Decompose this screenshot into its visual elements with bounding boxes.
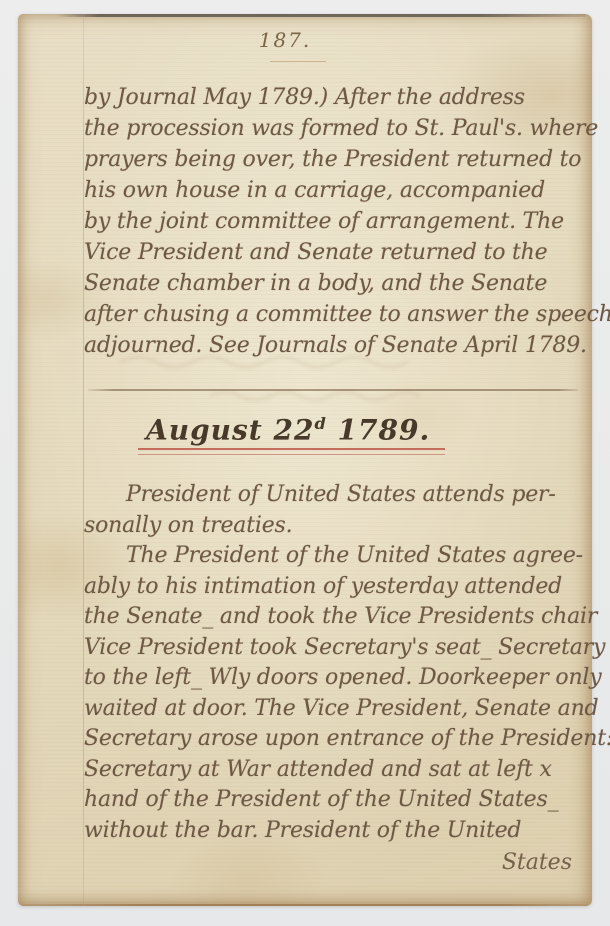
manuscript-line: waited at door. The Vice President, Sena… [84,694,586,725]
manuscript-line: after chusing a committee to answer the … [84,299,586,330]
page-number-underline [270,61,326,62]
manuscript-line: the procession was formed to St. Paul's.… [84,113,586,144]
catchword: States [502,852,572,874]
scan-background: { "document": { "page_number": "187.", "… [0,0,610,926]
manuscript-line: Secretary at War attended and sat at lef… [84,755,586,786]
manuscript-page: 187. by Journal May 1789.) After the add… [18,14,592,906]
entry-divider-rule [88,389,578,391]
manuscript-line: Senate chamber in a body, and the Senate [84,268,586,299]
manuscript-line: by Journal May 1789.) After the address [84,82,586,113]
manuscript-line: ably to his intimation of yesterday atte… [84,572,586,603]
previous-entry-paragraph: by Journal May 1789.) After the addresst… [84,82,586,361]
manuscript-line: The President of the United States agree… [84,541,586,572]
manuscript-line: President of United States attends per- [84,480,586,511]
manuscript-line: sonally on treaties. [84,511,586,542]
entry-heading: August 22d 1789. [146,407,430,455]
entry-paragraph: President of United States attends per-s… [84,480,586,846]
manuscript-line: Vice President took Secretary's seat_ Se… [84,633,586,664]
page-number: 187. [18,30,552,50]
manuscript-line: by the joint committee of arrangement. T… [84,206,586,237]
scan-dark-top-edge [56,14,586,17]
entry-heading-year: 1789. [327,413,430,446]
manuscript-line: prayers being over, the President return… [84,144,586,175]
manuscript-line: the Senate_ and took the Vice Presidents… [84,602,586,633]
manuscript-line: without the bar. President of the United [84,816,586,847]
manuscript-line: Vice President and Senate returned to th… [84,237,586,268]
paper-bottom-edge [22,904,588,906]
manuscript-line: to the left_ Wly doors opened. Doorkeepe… [84,663,586,694]
manuscript-line: hand of the President of the United Stat… [84,785,586,816]
entry-heading-date: August 22 [146,413,314,446]
manuscript-line: Secretary arose upon entrance of the Pre… [84,724,586,755]
entry-heading-superscript: d [314,414,326,433]
manuscript-line: his own house in a carriage, accompanied [84,175,586,206]
heading-red-double-underline [138,448,445,455]
manuscript-line: adjourned. See Journals of Senate April … [84,330,586,361]
